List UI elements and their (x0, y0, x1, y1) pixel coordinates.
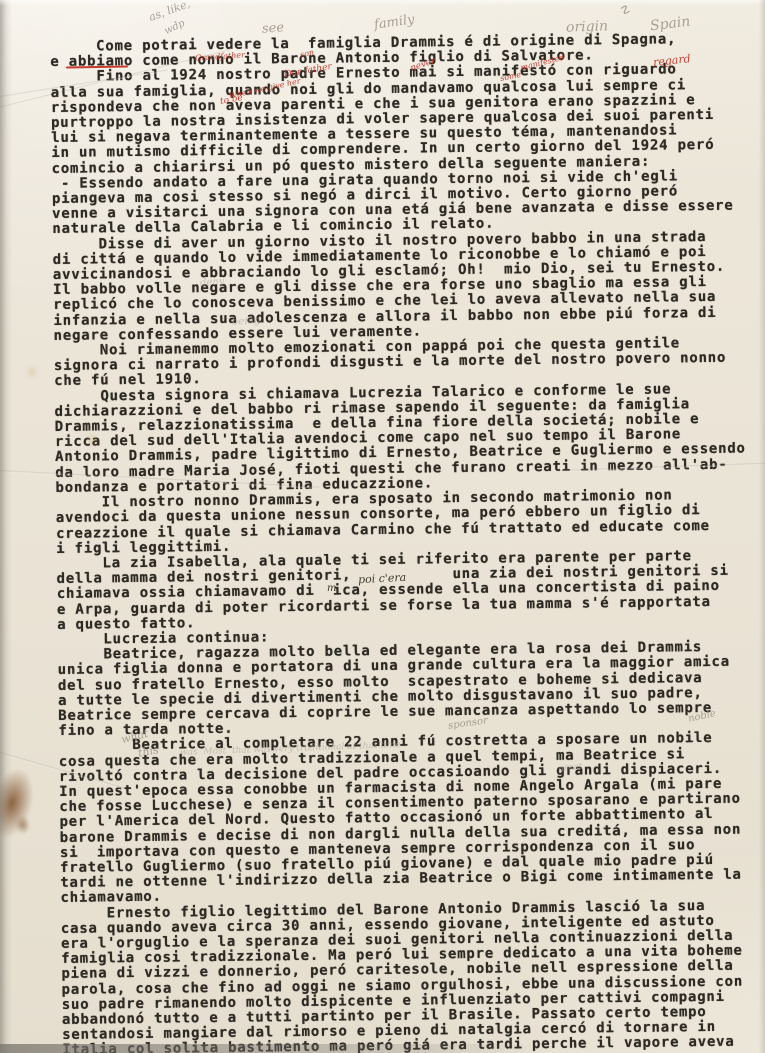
paper-crease (0, 470, 320, 489)
scan-edge-top (0, 0, 765, 6)
scanned-letter-page: Come potrai vedere la famiglia Drammis é… (0, 0, 765, 1053)
handwritten-annotation: origin (566, 18, 609, 35)
handwritten-annotation: never (409, 56, 437, 73)
handwritten-annotation: to be (219, 93, 243, 107)
handwritten-annotation: manifested (520, 53, 566, 73)
paper-crease (560, 463, 765, 472)
paper-stain (85, 432, 98, 447)
handwritten-annotation: regard (652, 52, 691, 69)
handwritten-annotation: some (499, 70, 522, 83)
paper-stain (27, 366, 37, 378)
handwritten-annotation: deny (200, 276, 225, 289)
paper-stain (16, 816, 30, 834)
handwritten-annotation: Grandfather (195, 50, 245, 62)
handwritten-annotation: wdp (163, 18, 187, 37)
scan-edge-right (759, 0, 765, 1053)
scan-edge-bottom (0, 1044, 540, 1053)
red-underline (66, 65, 128, 68)
scan-edge-left (0, 0, 12, 1053)
handwritten-annotation: poi c'era (358, 571, 407, 587)
handwritten-annotation: great (558, 762, 583, 774)
handwritten-annotation: this (137, 743, 160, 759)
annotation-layer: as, like,wdp∿seefamilyoriginSpainGrandfa… (0, 0, 765, 1053)
paper-crease (0, 69, 168, 98)
handwritten-annotation: being (232, 315, 261, 327)
handwritten-annotation: Spain (649, 14, 691, 35)
handwritten-annotation: was Most that was very traditional at th… (180, 740, 401, 758)
handwritten-annotation: family (373, 12, 415, 32)
handwritten-annotation: m (327, 583, 336, 594)
handwritten-annotation: son (299, 48, 315, 60)
handwritten-annotation: see (262, 20, 285, 37)
handwritten-annotation: what (120, 727, 150, 746)
handwritten-annotation: noble (687, 708, 717, 725)
handwritten-annotation: sponsor (447, 715, 488, 731)
paper-stain (60, 95, 69, 104)
